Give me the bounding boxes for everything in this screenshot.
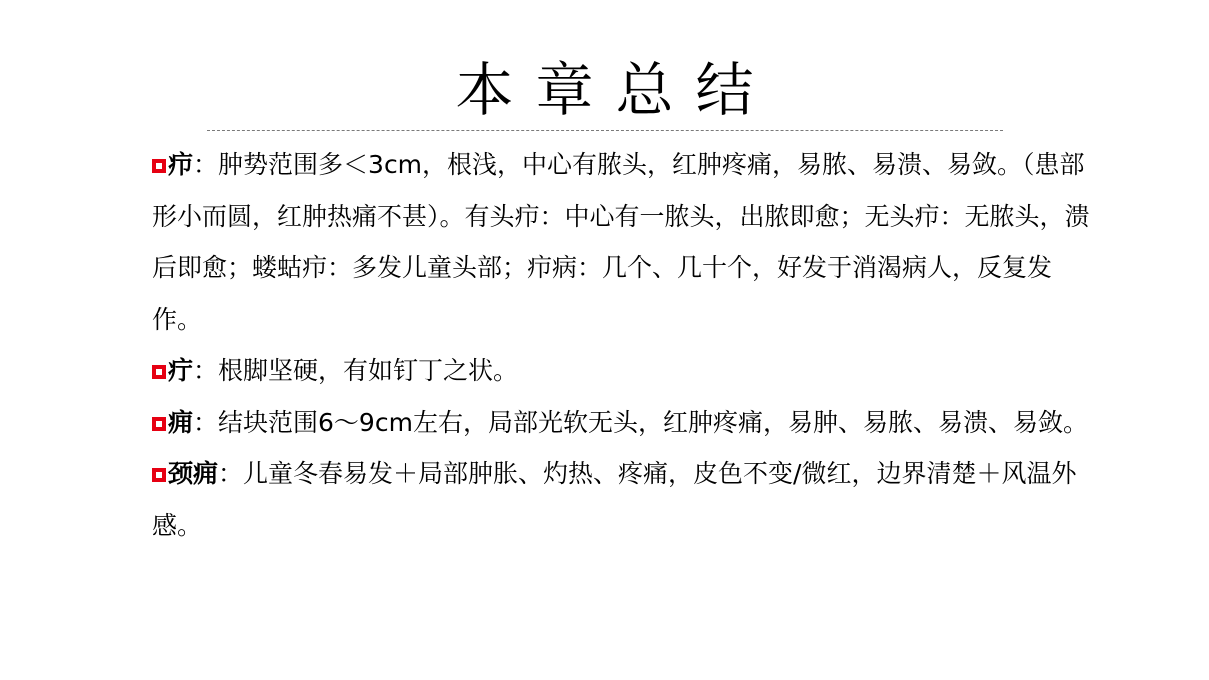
summary-item-ding: 疔：根脚坚硬，有如钉丁之状。 bbox=[152, 345, 1097, 397]
term-label: 疔 bbox=[168, 356, 193, 385]
red-square-bullet-icon bbox=[152, 468, 166, 482]
term-label: 颈痈 bbox=[168, 459, 218, 488]
page-title: 本章总结 bbox=[0, 52, 1209, 128]
summary-item-yong: 痈：结块范围6～9cm左右，局部光软无头，红肿疼痛，易肿、易脓、易溃、易敛。 bbox=[152, 397, 1097, 449]
term-separator: ： bbox=[193, 408, 218, 437]
term-description: 肿势范围多＜3cm，根浅，中心有脓头，红肿疼痛，易脓、易溃、易敛。（患部形小而圆… bbox=[152, 150, 1090, 334]
term-separator: ： bbox=[218, 459, 243, 488]
term-description: 结块范围6～9cm左右，局部光软无头，红肿疼痛，易肿、易脓、易溃、易敛。 bbox=[218, 408, 1088, 437]
term-separator: ： bbox=[193, 356, 218, 385]
summary-content: 疖：肿势范围多＜3cm，根浅，中心有脓头，红肿疼痛，易脓、易溃、易敛。（患部形小… bbox=[152, 139, 1097, 551]
summary-item-jie: 疖：肿势范围多＜3cm，根浅，中心有脓头，红肿疼痛，易脓、易溃、易敛。（患部形小… bbox=[152, 139, 1097, 345]
term-description: 儿童冬春易发＋局部肿胀、灼热、疼痛，皮色不变/微红，边界清楚＋风温外感。 bbox=[152, 459, 1076, 540]
term-description: 根脚坚硬，有如钉丁之状。 bbox=[218, 356, 518, 385]
term-label: 痈 bbox=[168, 408, 193, 437]
title-divider bbox=[207, 130, 1003, 131]
term-separator: ： bbox=[193, 150, 218, 179]
summary-item-jingyong: 颈痈：儿童冬春易发＋局部肿胀、灼热、疼痛，皮色不变/微红，边界清楚＋风温外感。 bbox=[152, 448, 1097, 551]
term-label: 疖 bbox=[168, 150, 193, 179]
red-square-bullet-icon bbox=[152, 365, 166, 379]
red-square-bullet-icon bbox=[152, 417, 166, 431]
red-square-bullet-icon bbox=[152, 159, 166, 173]
